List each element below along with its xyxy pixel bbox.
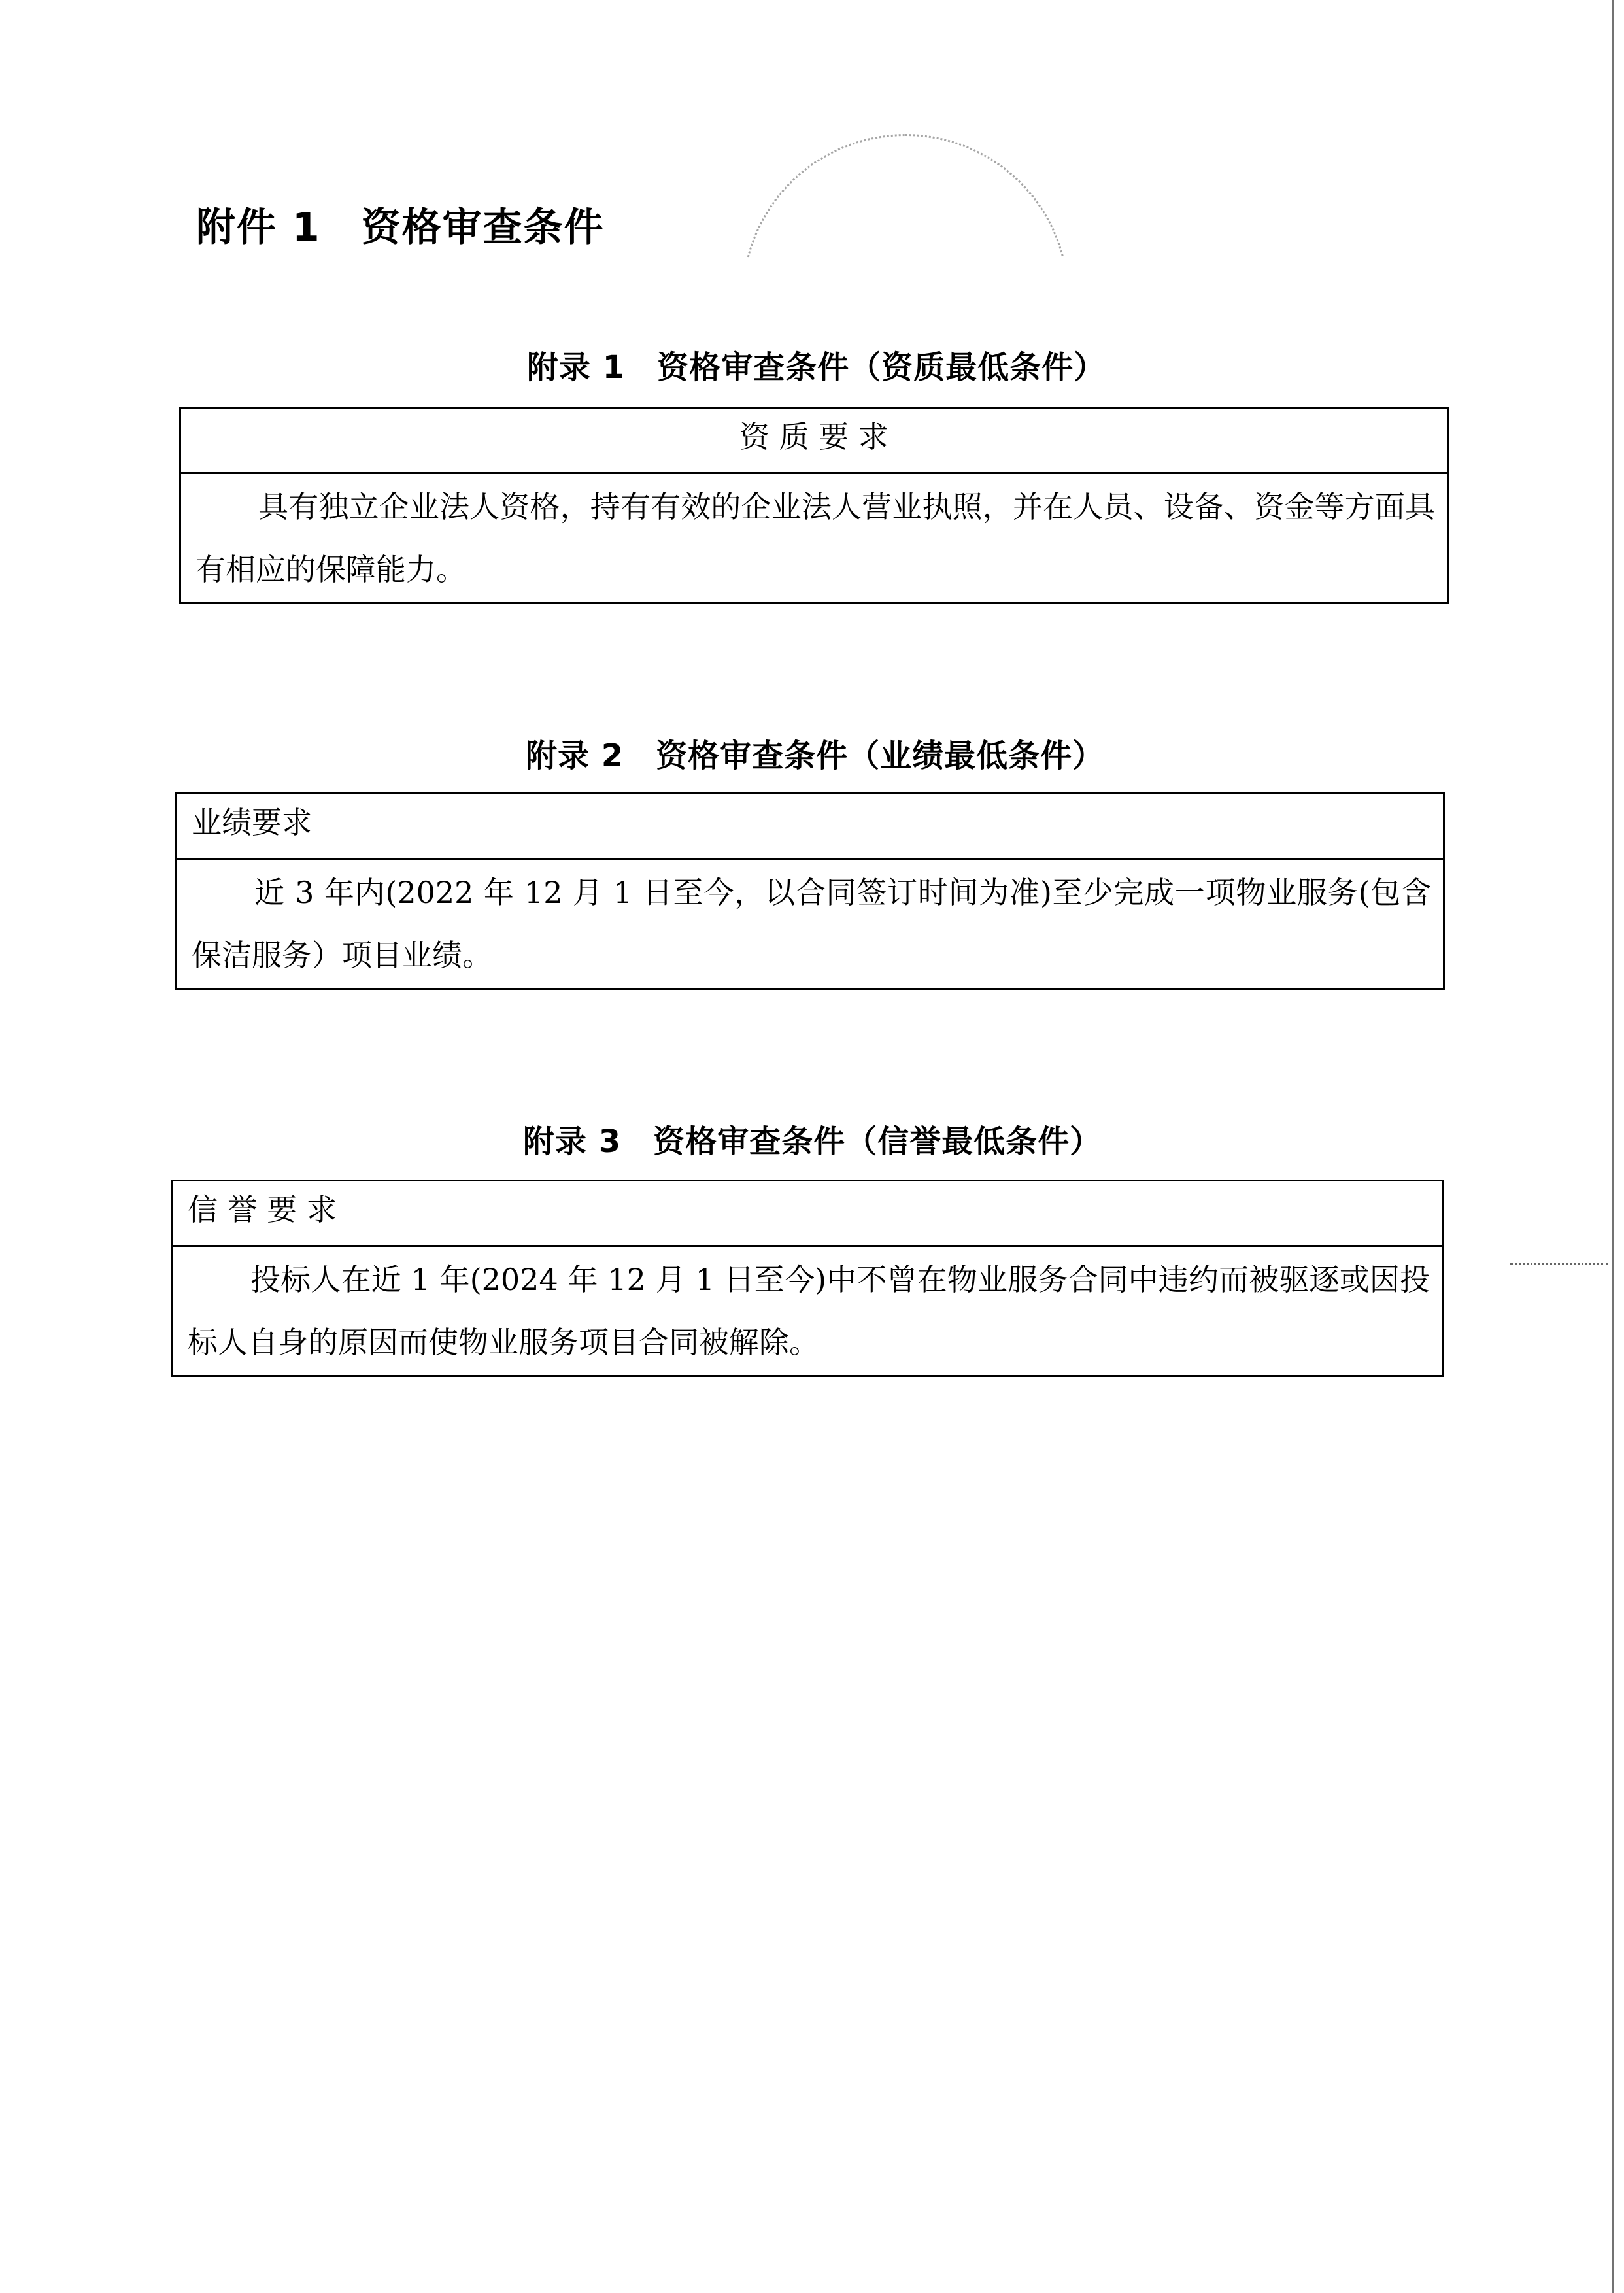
scan-edge-line: [1612, 0, 1614, 2293]
table-header-cell: 业绩要求: [177, 794, 1443, 860]
table-body-cell: 具有独立企业法人资格，持有有效的企业法人营业执照，并在人员、设备、资金等方面具有…: [181, 474, 1447, 601]
credit-requirements-table: 信 誉 要 求 投标人在近 1 年(2024 年 12 月 1 日至今)中不曾在…: [171, 1180, 1444, 1377]
table-header-cell: 资 质 要 求: [181, 409, 1447, 474]
performance-requirements-table: 业绩要求 近 3 年内(2022 年 12 月 1 日至今，以合同签订时间为准)…: [175, 792, 1445, 990]
section-heading-credit: 附录 3 资格审查条件（信誉最低条件）: [523, 1126, 1102, 1157]
qualification-requirements-table: 资 质 要 求 具有独立企业法人资格，持有有效的企业法人营业执照，并在人员、设备…: [179, 407, 1449, 604]
table-header-cell: 信 誉 要 求: [173, 1181, 1442, 1247]
page-title: 附件 1 资格审查条件: [196, 208, 605, 247]
table-body-cell: 投标人在近 1 年(2024 年 12 月 1 日至今)中不曾在物业服务合同中违…: [173, 1247, 1442, 1374]
scan-speckle-mark: [1510, 1263, 1608, 1268]
table-body-cell: 近 3 年内(2022 年 12 月 1 日至今，以合同签订时间为准)至少完成一…: [177, 860, 1443, 987]
section-heading-qualification: 附录 1 资格审查条件（资质最低条件）: [527, 352, 1106, 383]
section-heading-performance: 附录 2 资格审查条件（业绩最低条件）: [526, 740, 1104, 772]
